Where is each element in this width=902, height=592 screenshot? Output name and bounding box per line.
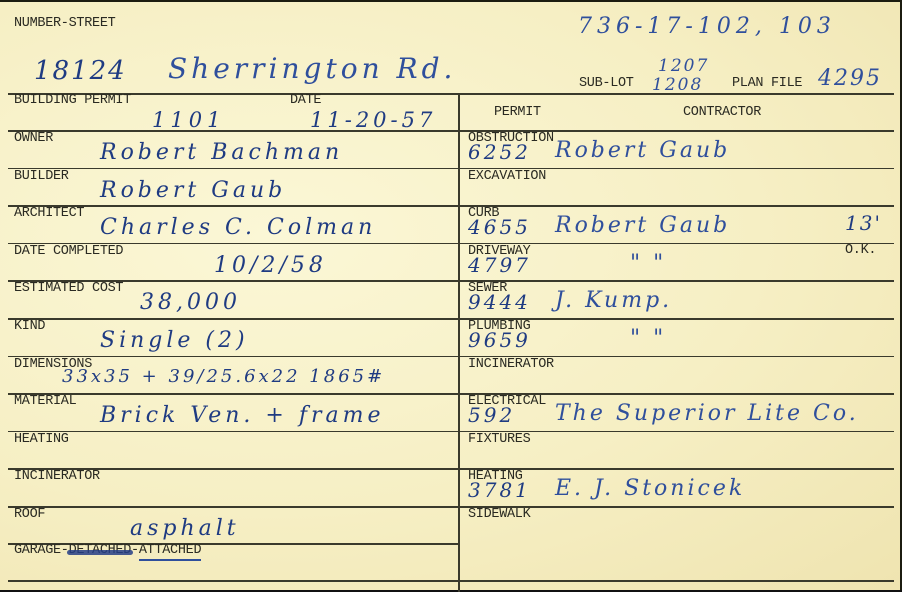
- field-label: INCINERATOR: [14, 469, 100, 484]
- field-label: BUILDER: [14, 169, 69, 184]
- field-value: Robert Bachman: [100, 140, 343, 165]
- field-value: 38,000: [140, 290, 241, 315]
- permit-number: 9444: [468, 290, 531, 314]
- contractor-name: J. Kump.: [555, 288, 672, 313]
- garage-field: GARAGE-DETACHED-ATTACHED: [14, 543, 201, 558]
- contractor-name: Robert Gaub: [555, 213, 730, 238]
- field-value: Charles C. Colman: [100, 215, 376, 240]
- building-permit-date: 11-20-57: [310, 108, 436, 132]
- field-label: ARCHITECT: [14, 206, 84, 221]
- permit-number: 4797: [468, 253, 531, 277]
- garage-attached-option-selected: ATTACHED: [139, 543, 201, 561]
- rule: [8, 506, 458, 508]
- plan-file-label: PLAN FILE: [732, 76, 802, 91]
- contractor-name: " ": [630, 326, 666, 351]
- house-number: 18124: [34, 56, 127, 86]
- permit-type-label: FIXTURES: [468, 432, 530, 447]
- street-name: Sherrington Rd.: [168, 52, 456, 85]
- permit-number: 9659: [468, 328, 531, 352]
- permit-number: 6252: [468, 140, 531, 164]
- garage-label: GARAGE-: [14, 543, 69, 558]
- field-label: MATERIAL: [14, 394, 76, 409]
- field-label: KIND: [14, 319, 45, 334]
- rule: [458, 280, 894, 282]
- permit-number: 3781: [468, 478, 531, 502]
- field-label: ESTIMATED COST: [14, 281, 123, 296]
- permit-note: 13': [845, 211, 882, 235]
- field-value: Brick Ven. + frame: [100, 403, 385, 428]
- sub-lot-label: SUB-LOT: [579, 76, 634, 91]
- number-street-label: NUMBER-STREET: [14, 16, 115, 31]
- garage-detached-option-struck: DETACHED: [69, 543, 131, 558]
- rule: [8, 130, 458, 132]
- sub-lot-value-2: 1208: [652, 75, 703, 95]
- field-value: 10/2/58: [214, 253, 327, 278]
- field-label: ROOF: [14, 507, 45, 522]
- rule: [8, 431, 458, 433]
- curb-ok-mark: O.K.: [845, 243, 876, 258]
- permit-number: 592: [468, 403, 515, 427]
- field-value: Single (2): [100, 328, 249, 353]
- contractor-name: " ": [630, 251, 666, 276]
- rule: [8, 318, 458, 320]
- field-value: 33x35 + 39/25.6x22 1865#: [62, 366, 385, 387]
- field-label: DATE COMPLETED: [14, 244, 123, 259]
- permit-number: 4655: [468, 215, 531, 239]
- rule: [8, 580, 894, 582]
- rule: [8, 168, 458, 170]
- field-label: OWNER: [14, 131, 53, 146]
- field-value: Robert Gaub: [100, 178, 286, 203]
- rule: [8, 93, 894, 95]
- building-permit-label: BUILDING PERMIT: [14, 93, 131, 108]
- plan-file-value: 4295: [818, 66, 882, 91]
- permit-type-label: SIDEWALK: [468, 507, 530, 522]
- building-record-card: NUMBER-STREET 18124 Sherrington Rd. 736-…: [0, 0, 902, 590]
- contractor-name: The Superior Lite Co.: [555, 401, 859, 426]
- contractor-column-header: CONTRACTOR: [683, 105, 761, 120]
- field-label: HEATING: [14, 432, 69, 447]
- rule: [458, 205, 894, 207]
- permit-column-header: PERMIT: [494, 105, 541, 120]
- permit-type-label: EXCAVATION: [468, 169, 546, 184]
- date-label: DATE: [290, 93, 321, 108]
- field-value: asphalt: [130, 516, 240, 541]
- building-permit-number: 1101: [152, 108, 225, 132]
- rule: [458, 468, 894, 470]
- contractor-name: Robert Gaub: [555, 138, 730, 163]
- parcel-number: 736-17-102, 103: [578, 14, 836, 39]
- permit-type-label: INCINERATOR: [468, 357, 554, 372]
- contractor-name: E. J. Stonicek: [555, 476, 745, 501]
- sub-lot-value-1: 1207: [658, 56, 709, 76]
